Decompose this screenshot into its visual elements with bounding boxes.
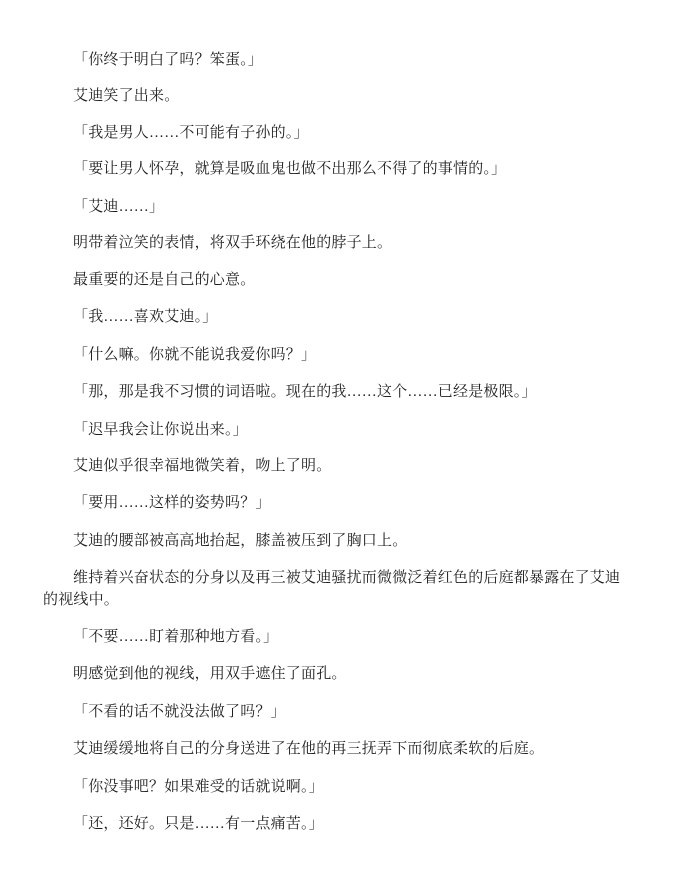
dialogue-line: 「还，还好。只是……有一点痛苦。」 — [73, 814, 324, 834]
dialogue-line: 「那，那是我不习惯的词语啦。现在的我……这个……已经是极限。」 — [73, 382, 537, 402]
narration-line: 明感觉到他的视线，用双手遮住了面孔。 — [73, 664, 347, 684]
dialogue-line: 「我……喜欢艾迪。」 — [73, 307, 218, 327]
narration-line: 明带着泣笑的表情，将双手环绕在他的脖子上。 — [73, 233, 392, 253]
narration-line: 最重要的还是自己的心意。 — [73, 270, 255, 290]
narration-line: 艾迪的腰部被高高地抬起，膝盖被压到了胸口上。 — [73, 531, 407, 551]
dialogue-line: 「什么嘛。你就不能说我爱你吗？」 — [73, 345, 316, 365]
narration-line: 艾迪缓缓地将自己的分身送进了在他的再三抚弄下而彻底柔软的后庭。 — [73, 739, 544, 759]
narration-line: 艾迪似乎很幸福地微笑着，吻上了明。 — [73, 456, 331, 476]
narration-line: 艾迪笑了出来。 — [73, 86, 179, 106]
dialogue-line: 「要让男人怀孕，就算是吸血鬼也做不出那么不得了的事情的。」 — [73, 159, 506, 179]
dialogue-line: 「你终于明白了吗？笨蛋。」 — [73, 50, 263, 70]
dialogue-line: 「要用……这样的姿势吗？」 — [73, 493, 271, 513]
dialogue-line: 「不看的话不就没法做了吗？」 — [73, 702, 286, 722]
dialogue-line: 「你没事吧？如果难受的话就说啊。」 — [73, 777, 324, 797]
dialogue-line: 「不要……盯着那种地方看。」 — [73, 627, 278, 647]
document-page: 「你终于明白了吗？笨蛋。」 艾迪笑了出来。 「我是男人……不可能有子孙的。」 「… — [0, 0, 680, 880]
dialogue-line: 「我是男人……不可能有子孙的。」 — [73, 123, 309, 143]
dialogue-line: 「艾迪……」 — [73, 197, 164, 217]
narration-paragraph: 维持着兴奋状态的分身以及再三被艾迪骚扰而微微泛着红色的后庭都暴露在了艾迪的视线中… — [43, 567, 628, 611]
dialogue-line: 「迟早我会让你说出来。」 — [73, 420, 248, 440]
